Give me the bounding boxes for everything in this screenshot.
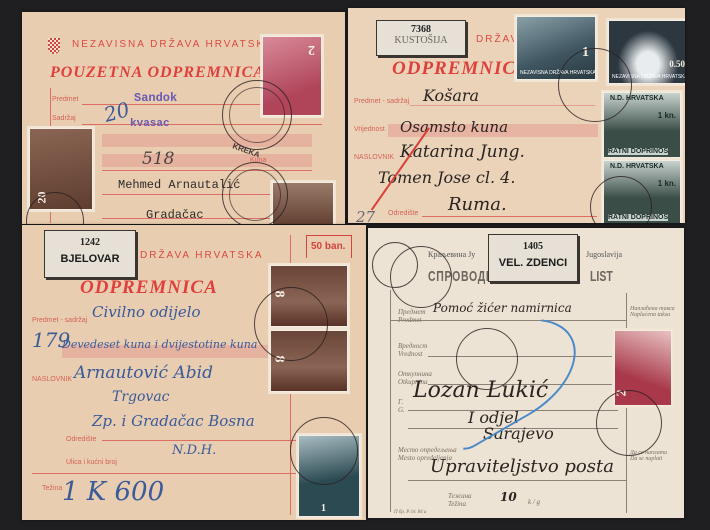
label-predmet: Predmet - sadržaj bbox=[354, 98, 409, 105]
form-sprovodni-list: Краљевина Ју Jugoslavija СПРОВОДНИ LIST … bbox=[368, 228, 684, 518]
form-footer: П бр. P. br. 84 a bbox=[394, 510, 426, 515]
label-predmet: Predmet - sadržaj bbox=[32, 317, 87, 324]
fee-box: 50 ban. bbox=[306, 235, 352, 258]
vrijednost-value: Devedeset kuna i dvijestotine kuna bbox=[62, 338, 287, 351]
mesto-value: Upraviteljstvo posta bbox=[430, 456, 614, 477]
label-naslovnik: NASLOVNIK bbox=[32, 376, 72, 383]
amount-value: 518 bbox=[142, 149, 174, 169]
predmet-value: Pomoć žićer namirnica bbox=[433, 301, 572, 315]
form-pouzetna-odpremnica: NEZAVISNA DRŽAVA HRVATSKA POUZETNA ODPRE… bbox=[22, 12, 345, 224]
postmark-veliki-zdenci bbox=[390, 246, 452, 308]
postmark-kreka bbox=[222, 162, 288, 224]
tezina-value: 10 bbox=[500, 490, 517, 504]
form-header: NEZAVISNA DRŽAVA HRVATSKA bbox=[72, 39, 274, 50]
label-tezina: Težina bbox=[42, 485, 62, 492]
coat-of-arms-icon bbox=[48, 38, 60, 54]
predmet-value: Sandok bbox=[134, 91, 177, 105]
predmet-value: Civilno odijelo bbox=[92, 303, 201, 321]
handwritten-number: 20 bbox=[101, 97, 132, 127]
odrediste-value: Zp. i Gradačac Bosna bbox=[92, 412, 255, 430]
header-latin: Jugoslavija bbox=[586, 250, 622, 259]
form-title: ODPREMNICA bbox=[392, 58, 530, 80]
odrediste-value: Ruma. bbox=[448, 194, 507, 215]
form-title: POUZETNA ODPREMNICA bbox=[50, 64, 265, 82]
form-header: DRŽAVA HRVATSKA bbox=[140, 250, 264, 261]
tezina-value: 1 K 600 bbox=[62, 477, 164, 507]
label-odrediste: Odredište bbox=[388, 210, 418, 217]
registration-label: 1405 VEL. ZDENCI bbox=[488, 234, 578, 282]
ulica-value: N.D.H. bbox=[172, 443, 216, 458]
predmet-value: Košarа bbox=[423, 86, 479, 105]
label-sadrzaj: Sadržaj bbox=[52, 115, 76, 122]
label-odrediste: Odredište bbox=[66, 436, 96, 443]
label-vrijednost: Vrijednost bbox=[354, 126, 385, 133]
registration-label: 7368 KUSTOŠIJA bbox=[376, 20, 466, 56]
postmark-zdenci bbox=[596, 390, 662, 456]
label-predmet: ПредметPredmet bbox=[398, 308, 426, 324]
vrijednost-value: Osamsto kuna bbox=[400, 118, 508, 136]
handwritten-number: 179 bbox=[32, 328, 70, 352]
form-title: ODPREMNICA bbox=[80, 277, 218, 299]
form-odpremnica-kustosija: 7368 KUSTOŠIJA DRŽAVA ODPREMNICA Predmet… bbox=[348, 8, 685, 223]
label-predmet: Predmet bbox=[52, 96, 78, 103]
postmark-kreka bbox=[222, 80, 292, 150]
label-naslovnik: NASLOVNIK bbox=[354, 154, 394, 161]
sadrzaj-value: kvasac bbox=[130, 118, 170, 130]
line2-value: Trgovac bbox=[112, 389, 170, 405]
naslovnik-value: Arnautović Abid bbox=[74, 363, 213, 383]
postmark-kustosija bbox=[558, 48, 632, 122]
postmark-bjelovar bbox=[290, 417, 358, 485]
label-ulica: Ulica i kućni broj bbox=[66, 459, 117, 466]
title-right: LIST bbox=[590, 268, 613, 285]
registration-label: 1242 BJELOVAR bbox=[44, 230, 136, 278]
destination-value: Gradačac bbox=[146, 208, 204, 222]
tezina-units: k / g bbox=[528, 498, 540, 506]
postmark-bjelovar bbox=[254, 287, 328, 361]
label-naplacena: Наплаћена таксаNaplaćena taksa bbox=[630, 306, 675, 318]
naslovnik-line1: Katarina Jung. bbox=[400, 142, 525, 162]
label-vrednost: ВредностVrednost bbox=[398, 342, 427, 358]
postmark-sarajevo bbox=[456, 328, 518, 390]
label-g: Г.G. bbox=[398, 398, 405, 414]
form-odpremnica-bjelovar: 1242 BJELOVAR DRŽAVA HRVATSKA 50 ban. OD… bbox=[22, 225, 366, 520]
label-tezina: ТежинаTežina bbox=[448, 492, 472, 508]
